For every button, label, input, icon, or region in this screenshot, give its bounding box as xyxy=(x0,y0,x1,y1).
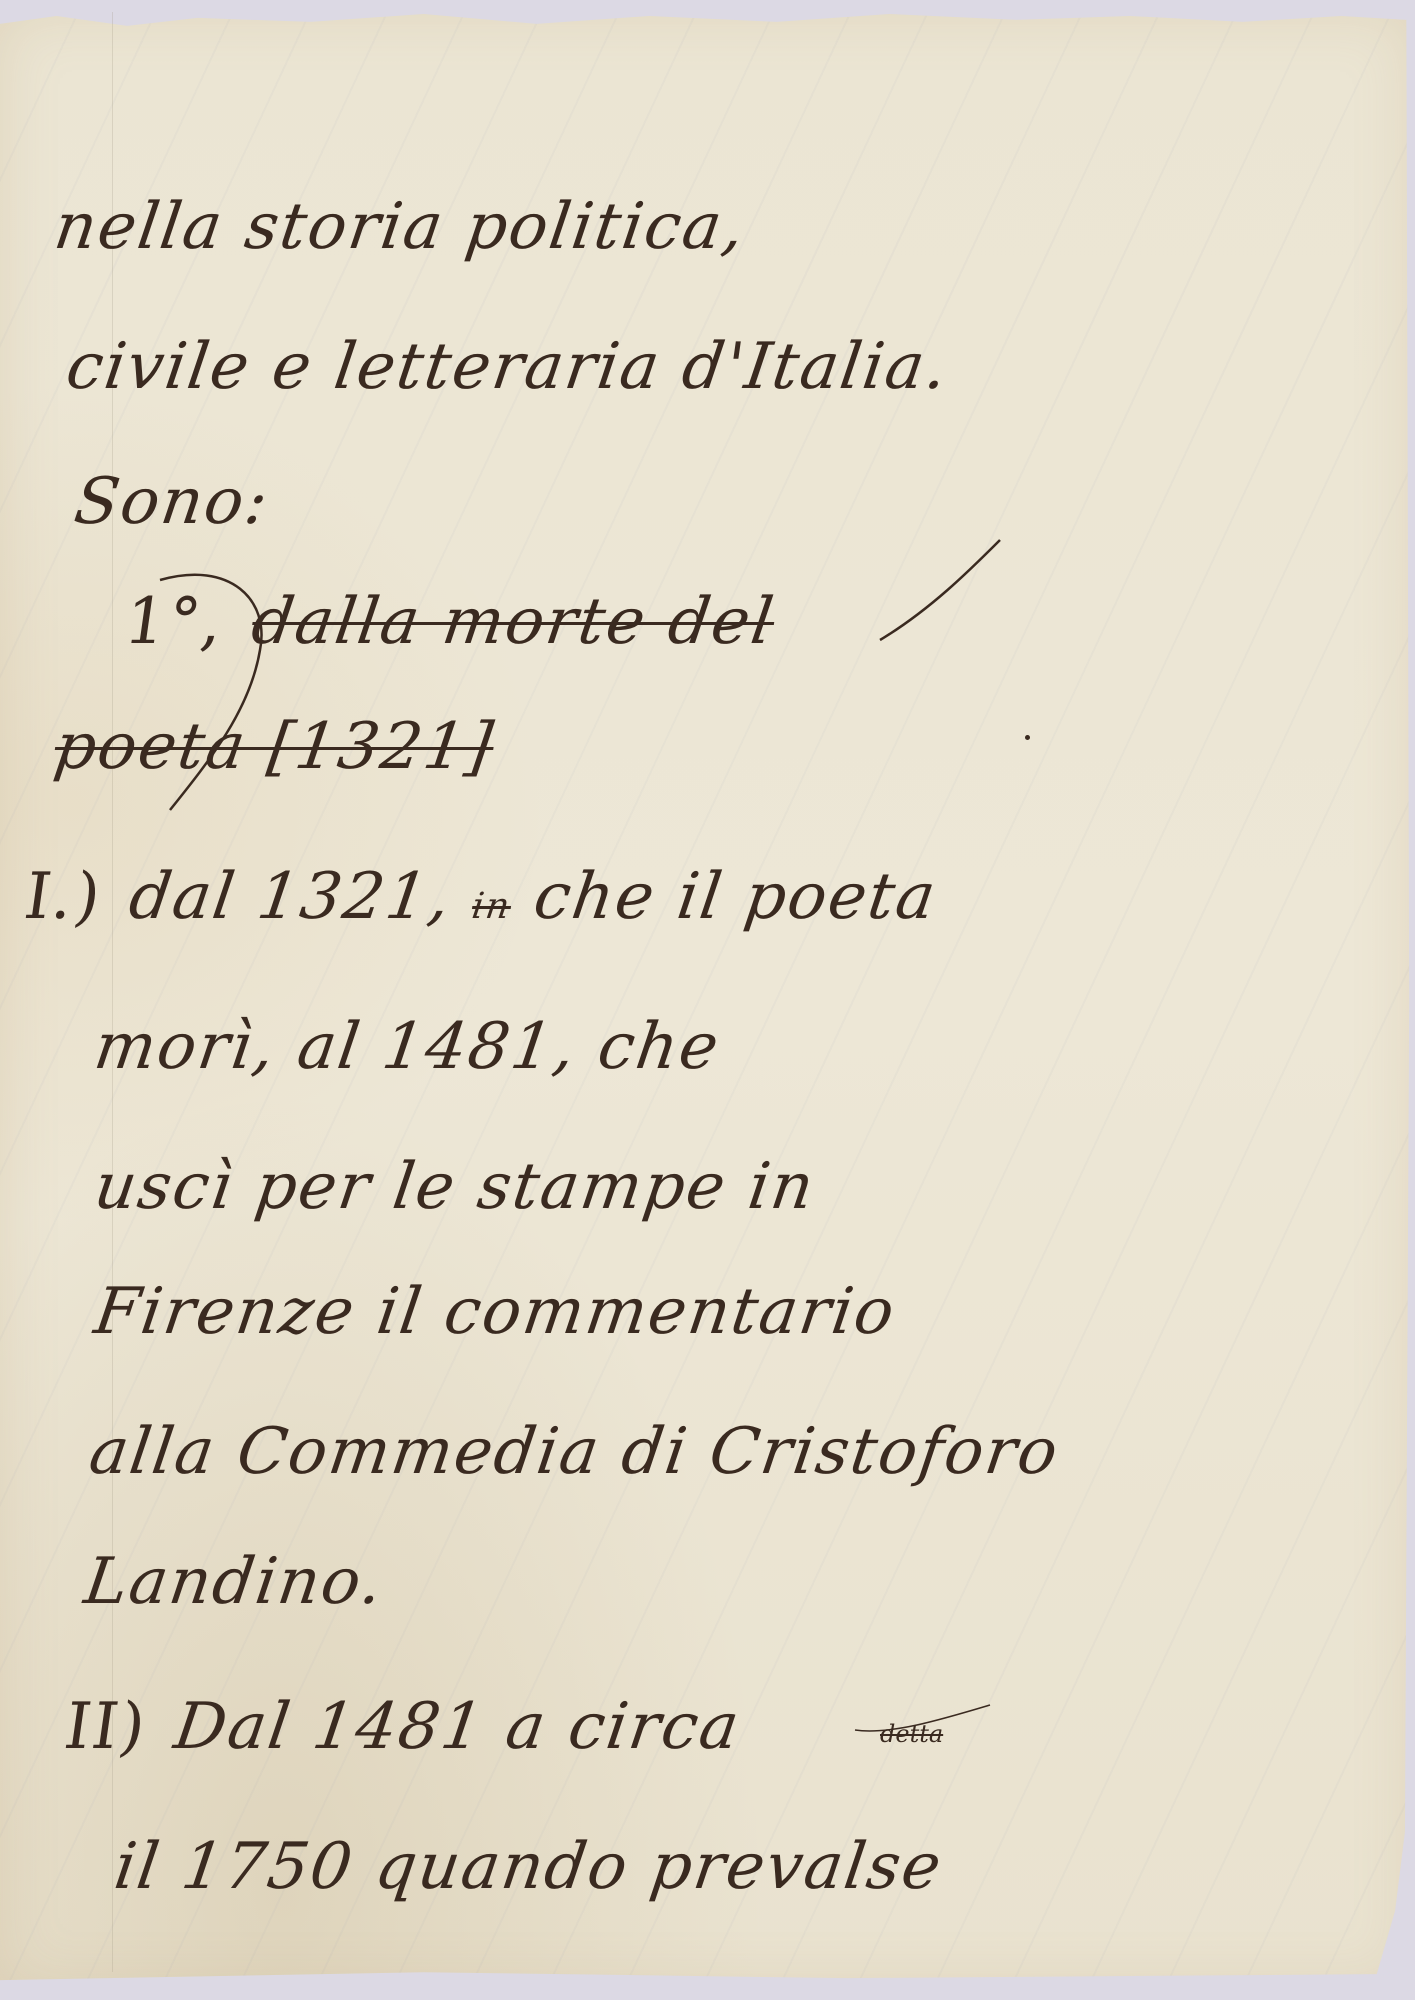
text-line-8: uscì per le stampe in xyxy=(90,1150,820,1224)
paper-fold-line xyxy=(112,12,113,1972)
line-text: morì, al 1481, che xyxy=(90,1010,725,1084)
text-line-1: nella storia politica, xyxy=(50,190,751,264)
text-line-5-struck: poeta [1321] xyxy=(50,710,499,784)
text-line-6: I.) dal 1321, in che il poeta xyxy=(20,860,942,934)
line-text: dal 1321, xyxy=(125,860,457,934)
section-marker-II: II) xyxy=(60,1690,152,1764)
line-text: civile e letteraria d'Italia. xyxy=(62,330,953,404)
list-marker: 1°, xyxy=(120,585,229,659)
line-text: alla Commedia di Cristoforo xyxy=(85,1415,1064,1489)
struck-text: dalla morte del xyxy=(247,585,779,659)
line-continuation: che il poeta xyxy=(529,860,941,934)
text-line-3: Sono: xyxy=(70,465,274,539)
line-text: uscì per le stampe in xyxy=(90,1150,820,1224)
section-marker-I: I.) xyxy=(20,860,107,934)
line-text: il 1750 quando prevalse xyxy=(110,1830,947,1904)
text-line-9: Firenze il commentario xyxy=(90,1275,900,1349)
text-line-11: Landino. xyxy=(80,1545,389,1619)
text-line-10: alla Commedia di Cristoforo xyxy=(85,1415,1064,1489)
line-text: Dal 1481 a circa xyxy=(170,1690,745,1764)
line-text: Sono: xyxy=(70,465,274,539)
line-text: Landino. xyxy=(80,1545,389,1619)
text-line-12: II) Dal 1481 a circa xyxy=(60,1690,745,1764)
struck-text: poeta [1321] xyxy=(50,710,499,784)
text-line-13: il 1750 quando prevalse xyxy=(110,1830,947,1904)
text-line-4-struck: 1°, dalla morte del xyxy=(120,585,779,659)
line-text: Firenze il commentario xyxy=(90,1275,900,1349)
ink-dot xyxy=(1025,735,1030,740)
text-line-7: morì, al 1481, che xyxy=(90,1010,725,1084)
text-line-2: civile e letteraria d'Italia. xyxy=(62,330,953,404)
line-text: nella storia politica, xyxy=(50,190,751,264)
struck-superscript-word: detta xyxy=(880,1720,943,1748)
struck-word: in xyxy=(469,886,513,927)
